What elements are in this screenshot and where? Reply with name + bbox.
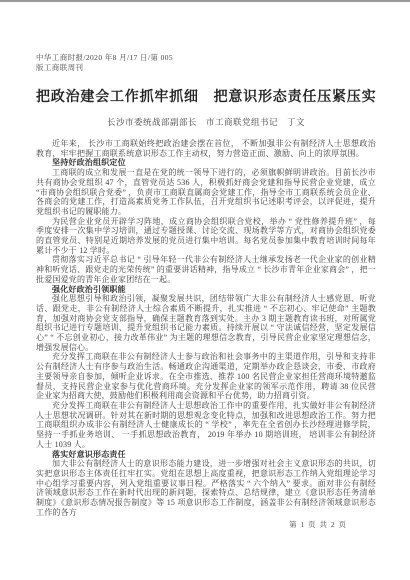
article-byline: 长沙市委统战部副部长 市工商联党组书记 丁文 [36,116,376,128]
article-body: 近年来， 长沙市工商联始终把政治建会摆在首位， 不断加强非公有制经济人士思想政治… [36,139,376,517]
article-paragraph: 加大非公有制经济人士的意识形态能力建设，进一步增强对社会主义意识形态的共识，切实… [36,459,376,517]
masthead: 中华工商时报/2020 年8 月/17 日/第 005 版工商联周刊 [36,53,376,73]
article-title: 把政治建会工作抓牢抓细 把意识形态责任压紧压实 [36,86,376,106]
article-paragraph: 强化思想引导和政治引领，凝聚发展共识，团结带领广大非公有制经济人士感党恩、听党话… [36,294,376,352]
section-heading: 落实好意识形态责任 [36,450,376,460]
article-paragraph: 近年来， 长沙市工商联始终把政治建会摆在首位， 不断加强非公有制经济人士思想政治… [36,139,376,158]
masthead-source-line: 中华工商时报/2020 年8 月/17 日/第 005 [36,53,376,63]
article-paragraph: 充分发挥工商联在非公有制经济人士思想政治工作中的重要作用，扎实做好非公有制经济人… [36,401,376,450]
article-paragraph: 工商联的成立和发展一直是在党的统一领导下进行的，必须旗帜鲜明讲政治。目前长沙市共… [36,168,376,217]
page-number: 第 1 页 共 2 页 [289,519,347,530]
article-paragraph: 为民营企业党员开辟学习阵地，成立商协会组织联合党校，举办 “ 党性修养提升班” … [36,217,376,256]
section-heading: 强化好政治引领职能 [36,285,376,295]
masthead-section-line: 版工商联周刊 [36,63,376,73]
section-heading: 坚持好政治组织定位 [36,158,376,168]
document-page: 中华工商时报/2020 年8 月/17 日/第 005 版工商联周刊 把政治建会… [0,0,410,580]
article-paragraph: 充分发挥工商联在非公有制经济人士参与政治和社会事务中的主渠道作用，引导和支持非公… [36,352,376,401]
article-paragraph: 贯彻落实习近平总书记 “ 引导年轻一代非公有制经济人士继承发扬老一代企业家的创业… [36,255,376,284]
